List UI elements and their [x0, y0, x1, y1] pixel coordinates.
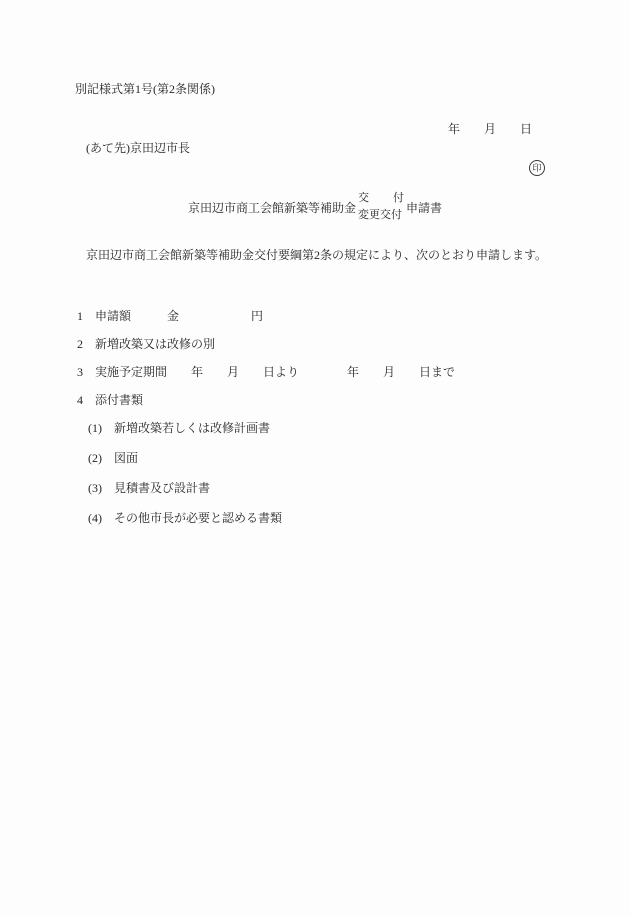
date-blank-line: 年 月 日 [448, 122, 532, 136]
item-construction-type: 2 新増改築又は改修の別 [77, 337, 215, 351]
title-prefix: 京田辺市商工会館新築等補助金 [188, 199, 356, 216]
seal-mark-icon: 印 [529, 160, 545, 176]
document-title: 京田辺市商工会館新築等補助金 交 付 変更交付 申請書 [0, 190, 630, 224]
attachment-construction-plan: (1) 新増改築若しくは改修計画書 [88, 421, 270, 435]
item-planned-period: 3 実施予定期間 年 月 日より 年 月 日まで [77, 365, 455, 379]
title-stacked-options: 交 付 変更交付 [358, 190, 404, 224]
addressee-line: (あて先)京田辺市長 [86, 141, 190, 155]
form-style-number: 別記様式第1号(第2条関係) [75, 82, 215, 96]
attachment-drawings: (2) 図面 [88, 451, 138, 465]
item-application-amount: 1 申請額 金 円 [77, 309, 263, 323]
attachment-other-documents: (4) その他市長が必要と認める書類 [88, 511, 282, 525]
seal-character: 印 [532, 164, 541, 173]
title-option-change-grant: 変更交付 [358, 207, 404, 224]
title-suffix: 申請書 [406, 199, 442, 216]
item-attached-documents: 4 添付書類 [77, 393, 143, 407]
application-statement: 京田辺市商工会館新築等補助金交付要綱第2条の規定により、次のとおり申請します。 [86, 248, 547, 262]
document-page: 別記様式第1号(第2条関係) 年 月 日 (あて先)京田辺市長 印 京田辺市商工… [0, 0, 630, 915]
title-option-grant: 交 付 [358, 190, 404, 207]
attachment-estimate-design: (3) 見積書及び設計書 [88, 481, 210, 495]
